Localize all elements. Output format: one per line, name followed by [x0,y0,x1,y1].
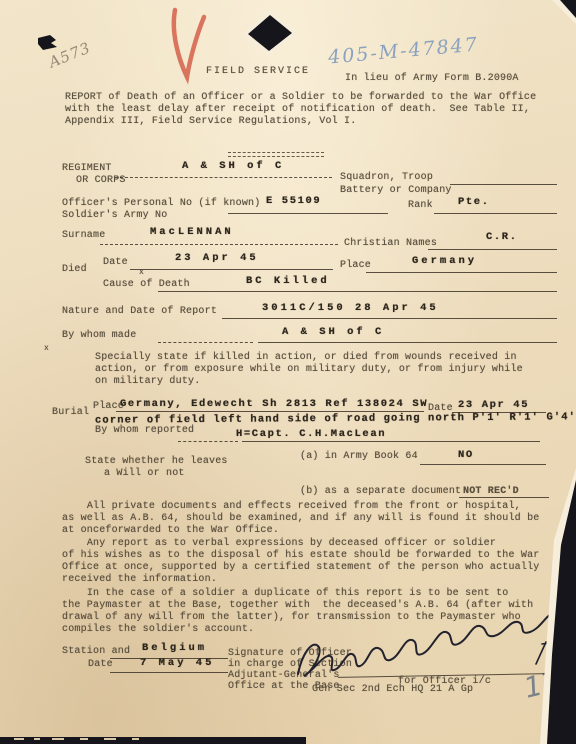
christian-names-value: C.R. [486,231,518,243]
unit-line: Gen Sec 2nd Ech HQ 21 A Gp [312,684,473,695]
squadron-underline [450,184,557,185]
died-date-label: Date [103,257,128,268]
signature-label-line1: Signature of Officer [228,648,352,659]
intro-paragraph: REPORT of Death of an Officer or a Soldi… [65,92,536,128]
soldiers-no-label: Soldier's Army No [62,210,167,221]
christian-names-underline [428,249,557,250]
service-no-underline [228,213,388,214]
bottom-cutoff-strip [0,737,306,744]
in-lieu-note: In lieu of Army Form B.2090A [345,73,519,84]
burial-date-value: 23 Apr 45 [458,399,529,411]
by-whom-made-underline-right [258,342,557,343]
died-place-label: Place [340,260,371,271]
cause-underline [158,291,557,292]
died-date-underline [130,269,333,270]
rank-underline [434,213,557,214]
battery-label: Battery or Company [340,185,452,196]
instructions-paragraph-2: Any report as to verbal expressions by d… [62,538,539,586]
form-title: FIELD SERVICE [206,66,310,77]
report-underline [222,318,557,319]
squadron-label: Squadron, Troop [340,172,433,183]
x-marker-margin: x [44,344,49,353]
personal-no-label: Officer's Personal No (if known) [62,198,260,209]
cause-label: Cause of Death [103,279,190,290]
surname-label: Surname [62,230,105,241]
bottom-cutoff-glyphs [14,738,139,740]
instructions-paragraph-3: In the case of a soldier a duplicate of … [62,588,533,636]
will-b-label: (b) as a separate document [300,486,461,497]
will-b-value: NOT REC'D [463,486,519,497]
station-label: Station and [62,646,130,657]
christian-names-label: Christian Names [344,238,437,249]
rank-label: Rank [408,200,433,211]
died-date-value: 23 Apr 45 [175,252,259,264]
station-date-underline [110,672,228,673]
stamp-code-handwritten: A573 [46,39,93,72]
died-place-value: Germany [412,255,477,267]
ink-blob-mark [38,35,57,50]
burial-label: Burial [52,407,89,418]
torn-edge-highlight [540,468,576,744]
will-a-underline [420,464,546,465]
reported-by-label: By whom reported [95,425,194,436]
regiment-underline [115,177,332,178]
surname-value: MacLENNAN [150,226,234,238]
signature-label-line3: Adjutant-General's [228,670,340,681]
will-question-line2: a Will or not [104,468,185,479]
station-date-value: 7 May 45 [140,657,214,669]
page-mark-handwritten: 17 [521,664,564,705]
report-label: Nature and Date of Report [62,306,217,317]
reported-by-value: H=Capt. C.H.MacLean [236,428,386,440]
reported-by-underline-right [242,441,540,442]
officer-signature-flourish [536,642,556,664]
regiment-value: A & SH of C [182,160,284,172]
service-no-value: E 55109 [266,195,321,207]
report-value: 3011C/150 28 Apr 45 [262,302,439,314]
rank-value: Pte. [458,196,490,208]
by-whom-made-value: A & SH of C [282,326,384,338]
corner-dark [560,0,576,18]
by-whom-made-label: By whom made [62,330,136,341]
died-place-underline [366,272,557,273]
scanned-death-report-form: A573 405-M-47847 17 FIELD SERVICE In lie… [0,0,576,744]
surname-underline [100,244,338,245]
died-label: Died [62,264,87,275]
instructions-paragraph-1: All private documents and effects receiv… [62,501,539,537]
will-b-underline [459,497,549,498]
cause-value: BC Killed [246,275,330,287]
x-marker-date: x [139,268,144,277]
ref-number-handwritten: 405-M-47847 [327,33,479,68]
red-checkmark-icon [174,10,204,77]
will-question-line1: State whether he leaves [85,456,228,467]
specially-note: Specially state if killed in action, or … [95,352,523,388]
section-divider [228,152,324,157]
station-date-label: Date [88,659,113,670]
corner-highlight [552,0,576,24]
torn-edge-dark [547,480,576,744]
punch-hole-halo [242,9,298,57]
will-a-label: (a) in Army Book 64 [300,451,418,462]
punch-hole-diamond-icon [248,15,292,51]
signature-label-line2: in charge of Section [228,659,352,670]
by-whom-made-underline-left [158,342,253,343]
burial-place-value: Germany, Edewecht Sh 2813 Ref 138024 SW [120,398,428,410]
station-value: Belgium [142,642,207,654]
regiment-label: REGIMENT [62,163,112,174]
reported-by-underline-left [178,441,238,442]
will-a-value: NO [458,449,474,461]
